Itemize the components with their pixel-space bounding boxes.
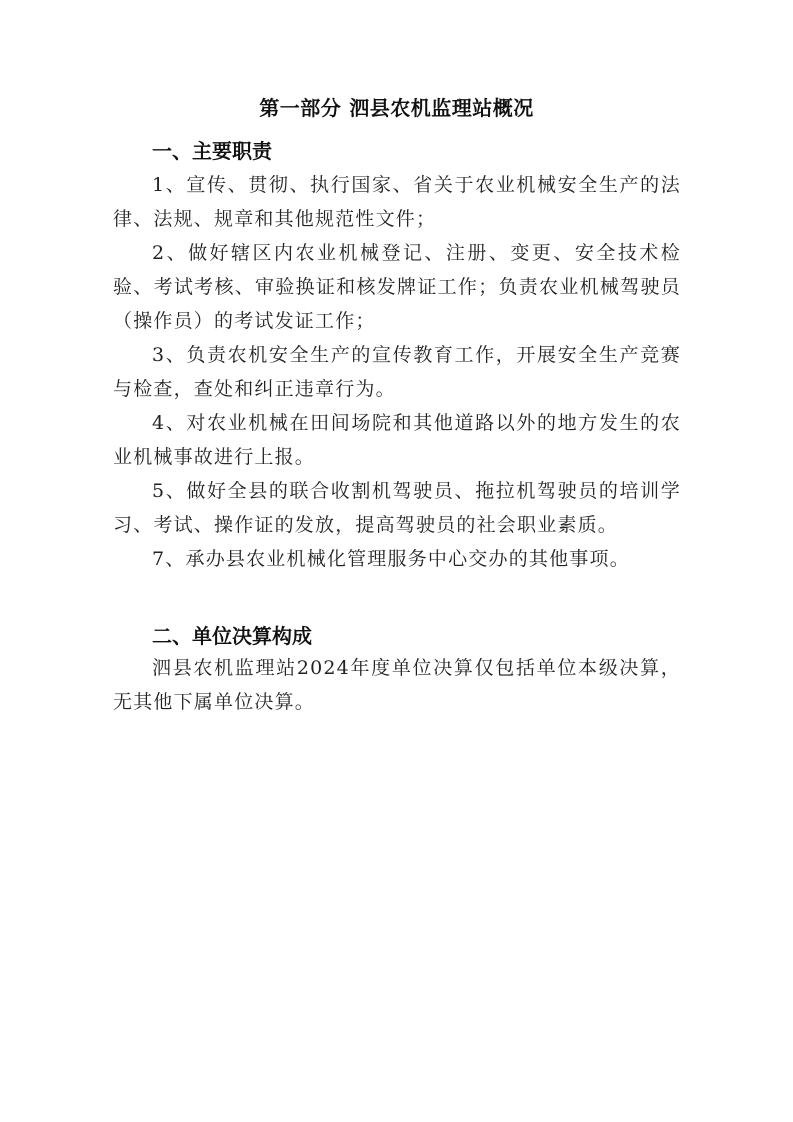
duty-item-3: 3、负责农机安全生产的宣传教育工作，开展安全生产竞赛与检查，查处和纠正违章行为。 (113, 338, 681, 406)
section-heading-budget-composition: 二、单位决算构成 (152, 621, 312, 651)
section-heading-duties: 一、主要职责 (152, 136, 272, 166)
section-body-budget-composition: 泗县农机监理站2024年度单位决算仅包括单位本级决算，无其他下属单位决算。 (113, 651, 681, 719)
title-name: 泗县农机监理站概况 (349, 96, 534, 120)
duty-item-1: 1、宣传、贯彻、执行国家、省关于农业机械安全生产的法律、法规、规章和其他规范性文… (113, 168, 681, 236)
title-part: 第一部分 (259, 96, 341, 120)
section-body-duties: 1、宣传、贯彻、执行国家、省关于农业机械安全生产的法律、法规、规章和其他规范性文… (113, 168, 681, 576)
document-page: 第一部分泗县农机监理站概况 一、主要职责 1、宣传、贯彻、执行国家、省关于农业机… (0, 0, 793, 1122)
duty-item-2: 2、做好辖区内农业机械登记、注册、变更、安全技术检验、考试考核、审验换证和核发牌… (113, 236, 681, 338)
duty-item-5: 5、做好全县的联合收割机驾驶员、拖拉机驾驶员的培训学习、考试、操作证的发放，提高… (113, 474, 681, 542)
page-title: 第一部分泗县农机监理站概况 (0, 92, 793, 124)
duty-item-4: 4、对农业机械在田间场院和其他道路以外的地方发生的农业机械事故进行上报。 (113, 406, 681, 474)
budget-composition-paragraph: 泗县农机监理站2024年度单位决算仅包括单位本级决算，无其他下属单位决算。 (113, 651, 681, 719)
duty-item-7: 7、承办县农业机械化管理服务中心交办的其他事项。 (113, 542, 681, 576)
